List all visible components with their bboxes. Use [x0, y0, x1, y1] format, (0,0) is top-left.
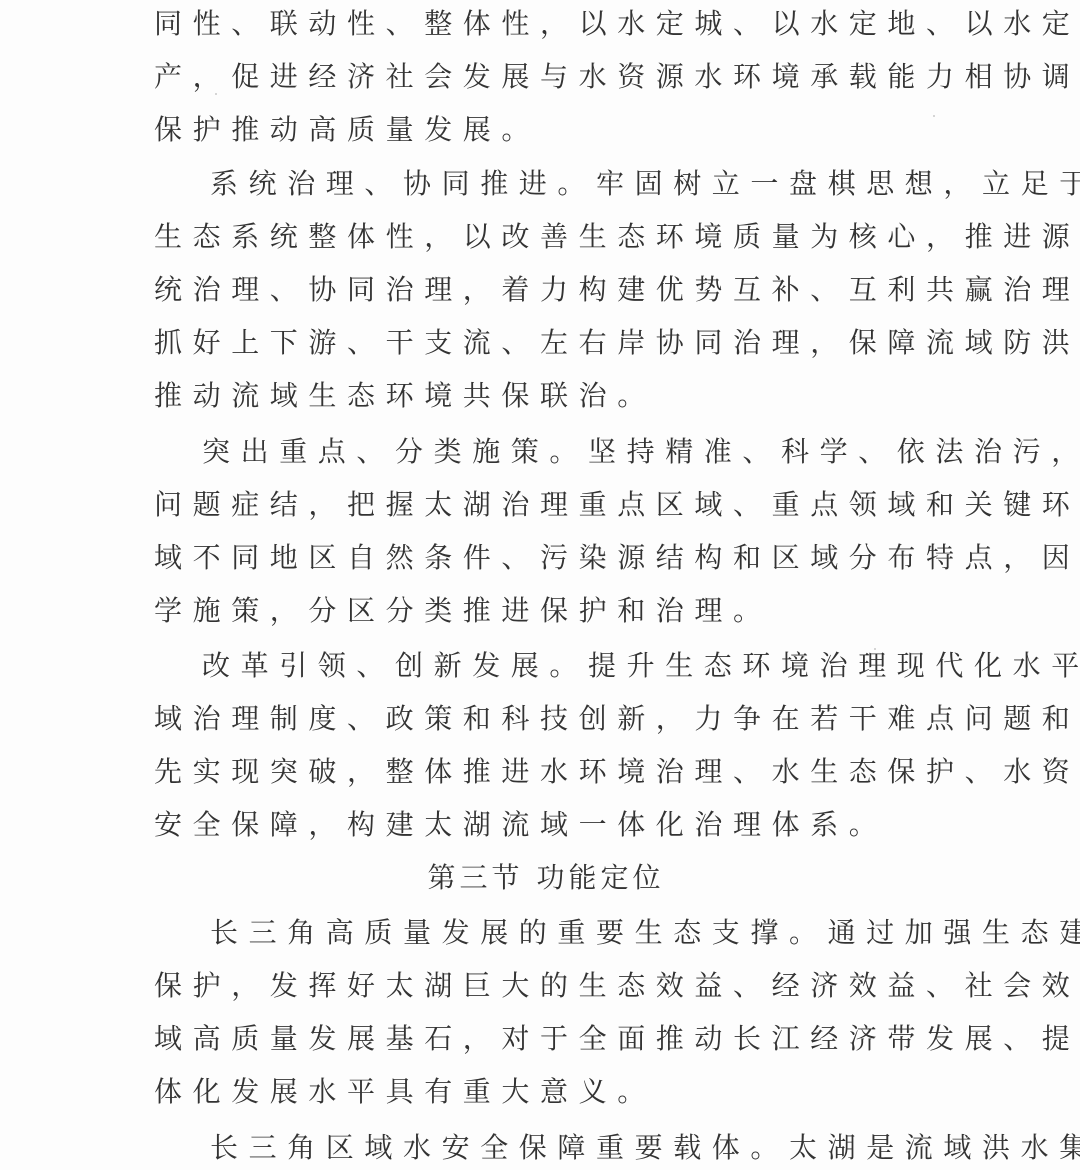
document-page: 同性、联动性、整体性，以水定城、以水定地、以水定人、以水定 产，促进经济社会发展… — [0, 0, 1080, 1170]
text-line: 体化发展水平具有重大意义。 — [154, 1072, 656, 1112]
paragraph-first-line: 长三角高质量发展的重要生态支撑。通过加强生态建设和环境 — [210, 913, 1080, 953]
text-line: 域高质量发展基石，对于全面推动长江经济带发展、提升长三角一 — [154, 1019, 1080, 1059]
text-line: 生态系统整体性，以改善生态环境质量为核心，推进源头治理、系 — [154, 217, 1080, 257]
text-line: 安全保障，构建太湖流域一体化治理体系。 — [154, 805, 887, 845]
scan-speck — [933, 115, 935, 117]
text-line: 先实现突破，整体推进水环境治理、水生态保护、水资源节约、水 — [154, 752, 1080, 792]
text-line: 保护，发挥好太湖巨大的生态效益、经济效益、社会效益，筑牢区 — [154, 966, 1080, 1006]
text-line: 抓好上下游、干支流、左右岸协同治理，保障流域防洪供水安全， — [154, 323, 1080, 363]
text-line: 学施策，分区分类推进保护和治理。 — [154, 591, 772, 631]
text-line: 域治理制度、政策和科技创新，力争在若干难点问题和关键环节率 — [154, 699, 1080, 739]
paragraph-first-line: 长三角区域水安全保障重要载体。太湖是流域洪水集散地、水 — [210, 1128, 1080, 1168]
scan-speck — [958, 938, 960, 940]
text-line: 问题症结，把握太湖治理重点区域、重点领域和关键环节，根据流 — [154, 485, 1080, 525]
text-line: 统治理、协同治理，着力构建优势互补、互利共赢治理格局，共同 — [154, 270, 1080, 310]
scan-speck — [215, 93, 217, 95]
paragraph-first-line: 系统治理、协同推进。牢固树立一盘棋思想，立足于全流域和 — [210, 164, 1080, 204]
paragraph-first-line: 突出重点、分类施策。坚持精准、科学、依法治污，准确识别 — [202, 432, 1080, 472]
paragraph-first-line: 改革引领、创新发展。提升生态环境治理现代化水平，加快流 — [202, 646, 1080, 686]
text-line: 保护推动高质量发展。 — [154, 110, 540, 150]
text-line: 产，促进经济社会发展与水资源水环境承载能力相协调，以高水平 — [154, 57, 1080, 97]
text-line: 域不同地区自然条件、污染源结构和区域分布特点，因地制宜、科 — [154, 538, 1080, 578]
text-line: 同性、联动性、整体性，以水定城、以水定地、以水定人、以水定 — [154, 4, 1080, 44]
scan-speck — [874, 648, 876, 650]
section-heading: 第三节 功能定位 — [154, 858, 938, 898]
text-line: 推动流域生态环境共保联治。 — [154, 376, 656, 416]
